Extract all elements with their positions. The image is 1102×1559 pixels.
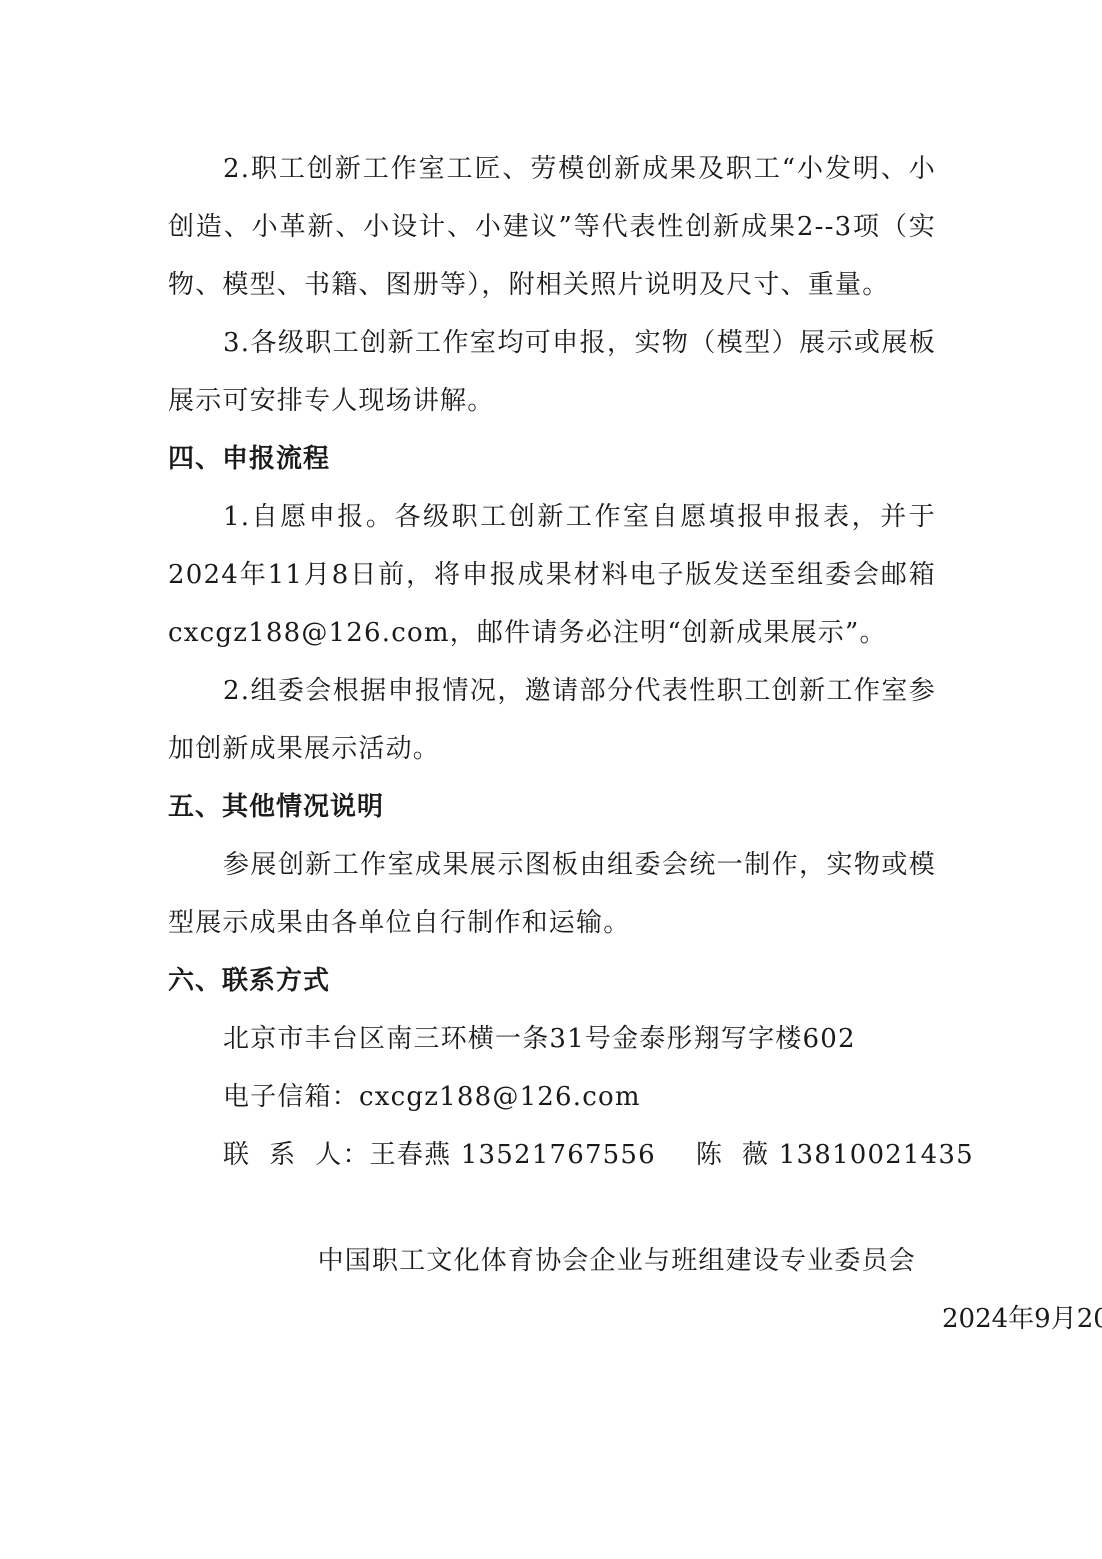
flow-1-paragraph: 1.自愿申报。各级职工创新工作室自愿填报申报表，并于2024年11月8日前，将申… bbox=[168, 488, 936, 662]
item-3-paragraph: 3.各级职工创新工作室均可申报，实物（模型）展示或展板展示可安排专人现场讲解。 bbox=[168, 314, 936, 430]
item-2-paragraph: 2.职工创新工作室工匠、劳模创新成果及职工“小发明、小创造、小革新、小设计、小建… bbox=[168, 140, 936, 314]
person1-name: 王春燕 bbox=[370, 1140, 452, 1170]
contact-person-line: 联 系 人：王春燕 13521767556陈 薇 13810021435 bbox=[168, 1126, 936, 1184]
contact-address: 北京市丰台区南三环横一条31号金泰彤翔写字楼602 bbox=[168, 1010, 936, 1068]
email-address: cxcgz188@126.com bbox=[359, 1082, 641, 1112]
person-label: 联 系 人： bbox=[223, 1140, 370, 1170]
person2-phone: 13810021435 bbox=[779, 1140, 974, 1170]
person1-phone: 13521767556 bbox=[461, 1140, 656, 1170]
contact-email-line: 电子信箱：cxcgz188@126.com bbox=[168, 1068, 936, 1126]
section-heading-6: 六、联系方式 bbox=[168, 952, 936, 1010]
person2-name: 陈 薇 bbox=[696, 1140, 769, 1170]
signoff-organization: 中国职工文化体育协会企业与班组建设专业委员会 bbox=[168, 1232, 916, 1290]
section-heading-5: 五、其他情况说明 bbox=[168, 778, 936, 836]
signoff-date: 2024年9月20日 bbox=[555, 1290, 1102, 1348]
email-label: 电子信箱： bbox=[223, 1082, 359, 1112]
flow-2-paragraph: 2.组委会根据申报情况，邀请部分代表性职工创新工作室参加创新成果展示活动。 bbox=[168, 662, 936, 778]
other-info-paragraph: 参展创新工作室成果展示图板由组委会统一制作，实物或模型展示成果由各单位自行制作和… bbox=[168, 836, 936, 952]
document-page: 2.职工创新工作室工匠、劳模创新成果及职工“小发明、小创造、小革新、小设计、小建… bbox=[168, 140, 936, 1184]
section-heading-4: 四、申报流程 bbox=[168, 430, 936, 488]
